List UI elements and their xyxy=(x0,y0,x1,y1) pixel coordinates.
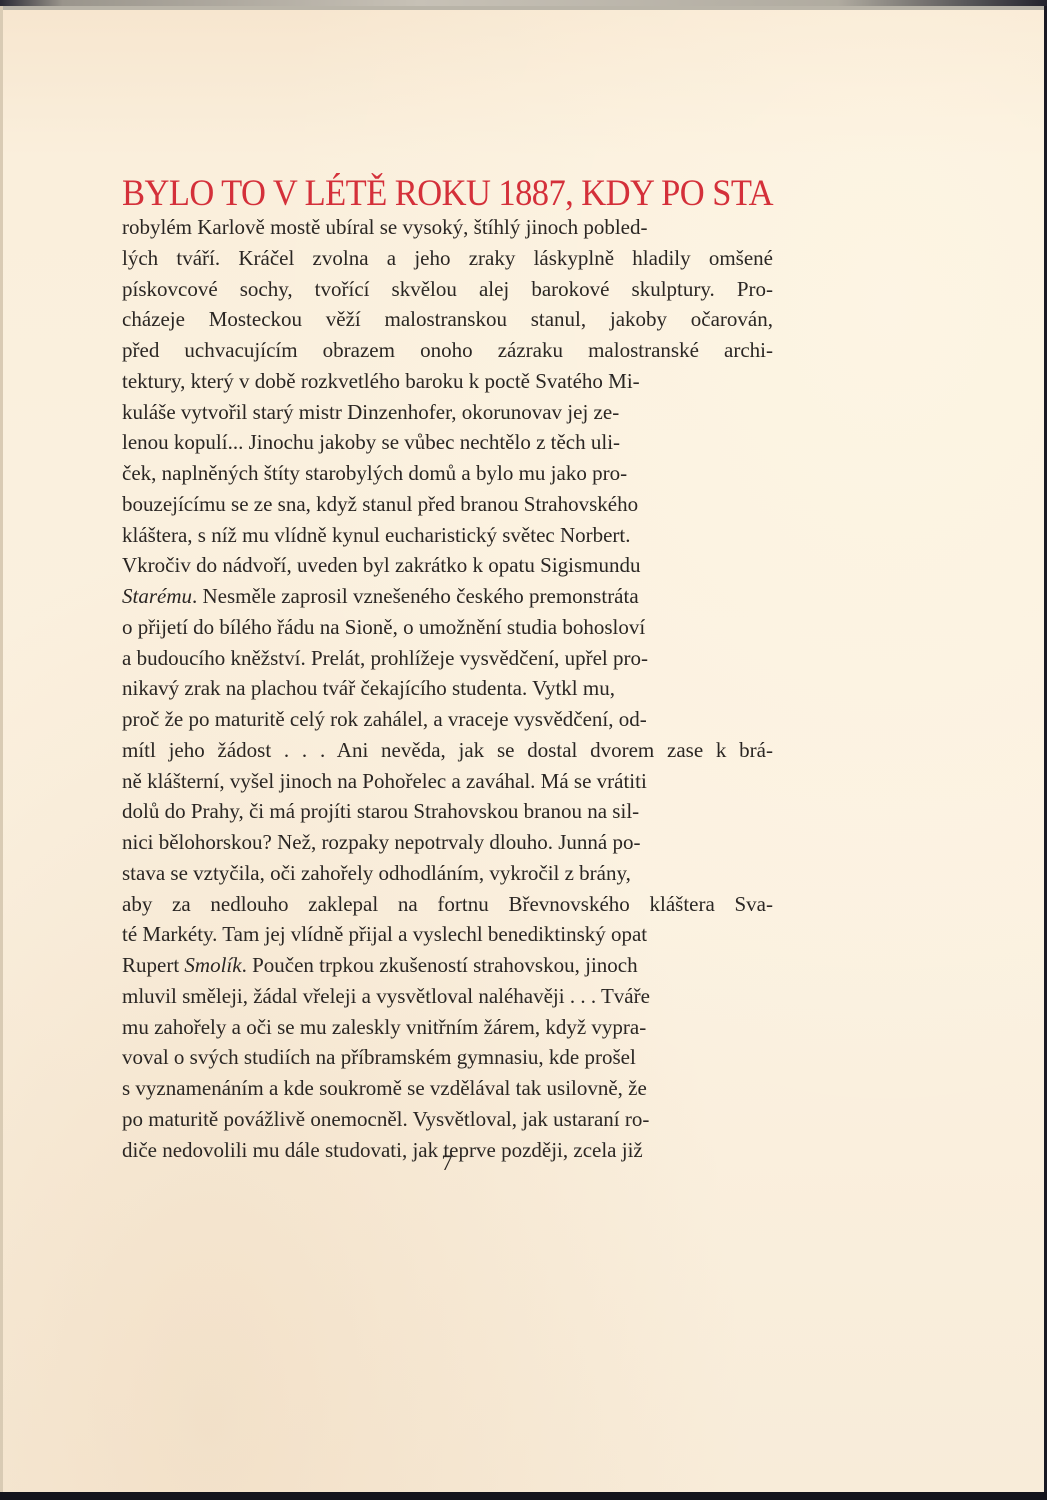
text-line: po maturitě povážlivě onemocněl. Vysvětl… xyxy=(122,1104,773,1135)
text-line: nikavý zrak na plachou tvář čekajícího s… xyxy=(122,673,773,704)
body-text: robylém Karlově mostě ubíral se vysoký, … xyxy=(122,212,773,1165)
chapter-opening-heading: BYLO TO V LÉTĚ ROKU 1887, KDY PO STA xyxy=(122,176,773,212)
text-line: mítl jeho žádost . . . Ani nevěda, jak s… xyxy=(122,735,773,766)
page-number: 7 xyxy=(432,1150,462,1176)
text-line: cházeje Mosteckou věží malostranskou sta… xyxy=(122,304,773,335)
text-line: aby za nedlouho zaklepal na fortnu Břevn… xyxy=(122,889,773,920)
text-line: lenou kopulí... Jinochu jakoby se vůbec … xyxy=(122,427,773,458)
text-line: nici bělohorskou? Než, rozpaky nepotrval… xyxy=(122,827,773,858)
page-left-edge xyxy=(0,6,3,1492)
text-line: ček, naplněných štíty starobylých domů a… xyxy=(122,458,773,489)
text-line: před uchvacujícím obrazem onoho zázraku … xyxy=(122,335,773,366)
text-line: robylém Karlově mostě ubíral se vysoký, … xyxy=(122,212,773,243)
text-line: Vkročiv do nádvoří, uveden byl zakrátko … xyxy=(122,550,773,581)
text-line: pískovcové sochy, tvořící skvělou alej b… xyxy=(122,274,773,305)
text-line: ně klášterní, vyšel jinoch na Pohořelec … xyxy=(122,766,773,797)
text-line: Starému. Nesměle zaprosil vznešeného čes… xyxy=(122,581,773,612)
text-line: té Markéty. Tam jej vlídně přijal a vysl… xyxy=(122,919,773,950)
italic-name: Starému xyxy=(122,584,192,608)
text-line: tektury, který v době rozkvetlého baroku… xyxy=(122,366,773,397)
text-line: Rupert Smolík. Poučen trpkou zkušeností … xyxy=(122,950,773,981)
text-line: bouzejícímu se ze sna, když stanul před … xyxy=(122,489,773,520)
chapter-text: BYLO TO V LÉTĚ ROKU 1887, KDY PO STA rob… xyxy=(122,176,773,1165)
text-line: proč že po maturitě celý rok zahálel, a … xyxy=(122,704,773,735)
text-line: voval o svých studiích na příbramském gy… xyxy=(122,1042,773,1073)
text-line: s vyznamenáním a kde soukromě se vzděláv… xyxy=(122,1073,773,1104)
scan-bottom-edge xyxy=(0,1492,1047,1500)
text-line: a budoucího kněžství. Prelát, prohlížeje… xyxy=(122,643,773,674)
text-line: kuláše vytvořil starý mistr Dinzenhofer,… xyxy=(122,397,773,428)
text-line: mu zahořely a oči se mu zaleskly vnitřní… xyxy=(122,1012,773,1043)
text-line: o přijetí do bílého řádu na Sioně, o umo… xyxy=(122,612,773,643)
italic-name: Smolík xyxy=(184,953,241,977)
text-line: kláštera, s níž mu vlídně kynul eucharis… xyxy=(122,520,773,551)
text-line: dolů do Prahy, či má projíti starou Stra… xyxy=(122,796,773,827)
text-line: lých tváří. Kráčel zvolna a jeho zraky l… xyxy=(122,243,773,274)
text-line: mluvil směleji, žádal vřeleji a vysvětlo… xyxy=(122,981,773,1012)
text-line: stava se vztyčila, oči zahořely odhodlán… xyxy=(122,858,773,889)
